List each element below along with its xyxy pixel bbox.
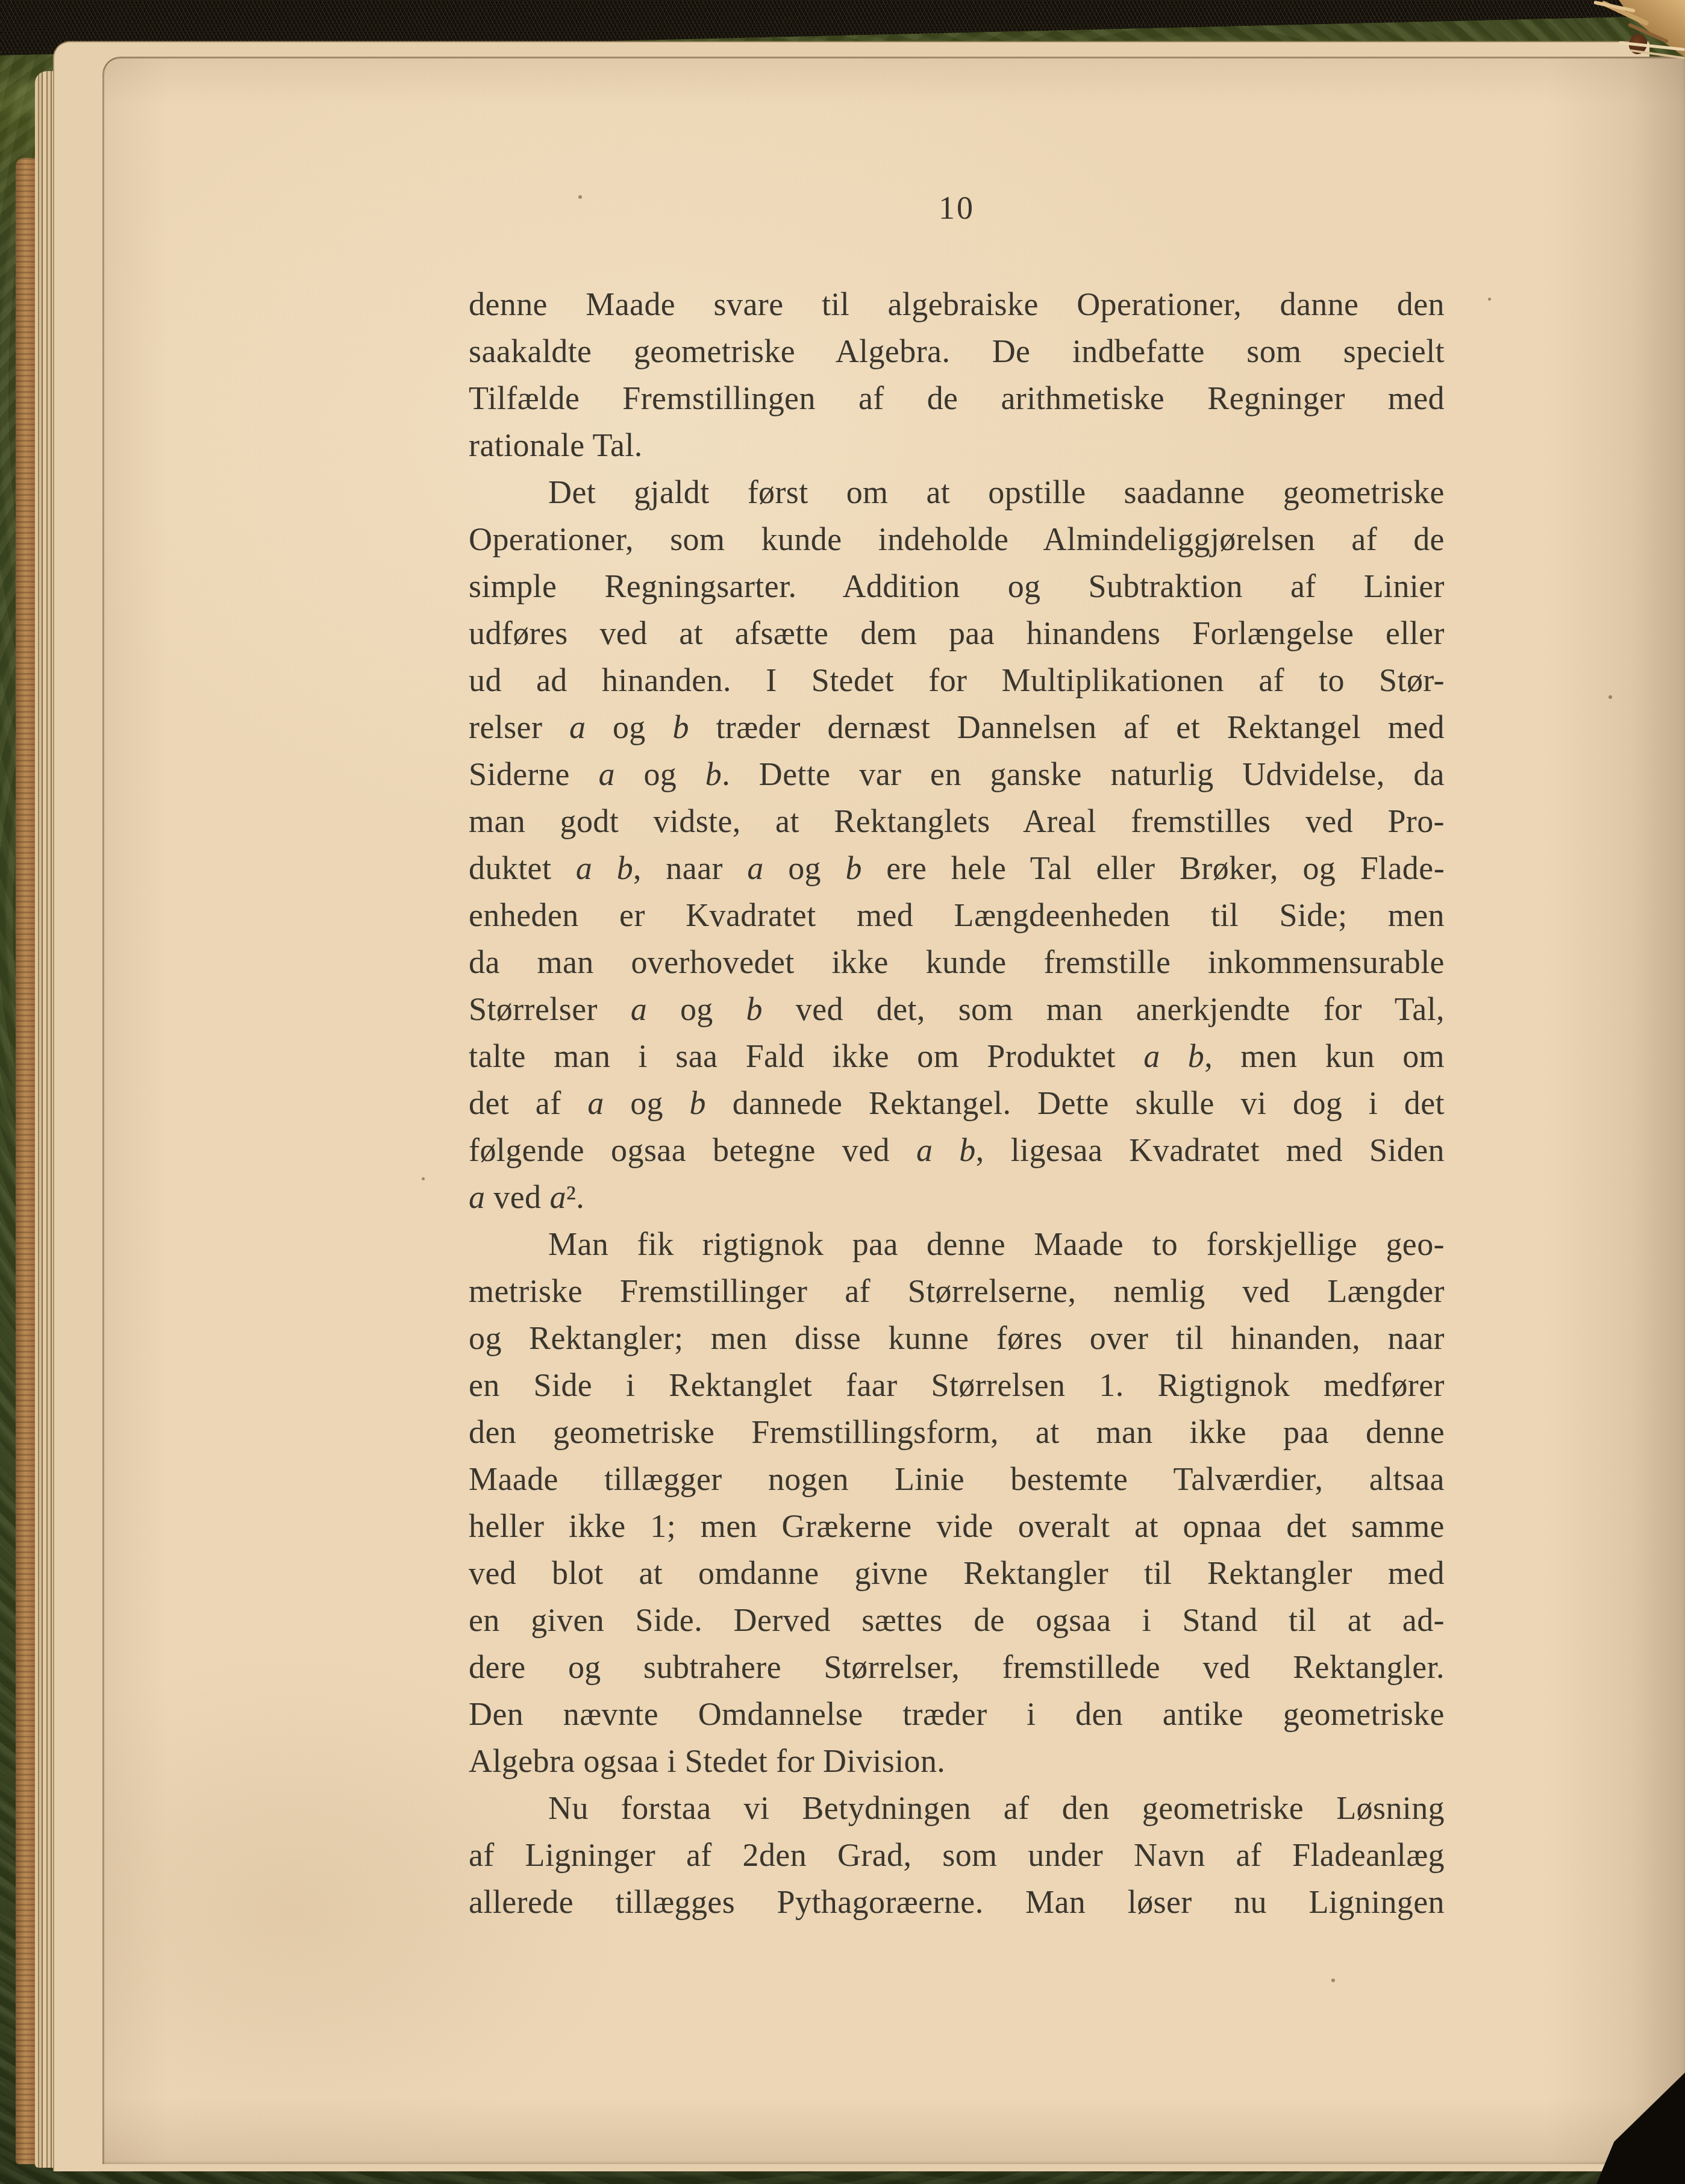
text-line: heller ikke 1; men Grækerne vide overalt…: [469, 1503, 1445, 1550]
text-line: rationale Tal.: [469, 422, 1445, 469]
text-line: allerede tillægges Pythagoræerne. Man lø…: [469, 1879, 1445, 1926]
text-line: talte man i saa Fald ikke om Produktet a…: [469, 1033, 1445, 1080]
text-line: ved blot at omdanne givne Rektangler til…: [469, 1550, 1445, 1597]
text-line: Man fik rigtignok paa denne Maade to for…: [469, 1221, 1445, 1268]
text-line: ud ad hinanden. I Stedet for Multiplikat…: [469, 657, 1445, 704]
text-line: Operationer, som kunde indeholde Alminde…: [469, 516, 1445, 563]
text-line: Den nævnte Omdannelse træder i den antik…: [469, 1691, 1445, 1738]
paragraph: Nu forstaa vi Betydningen af den geometr…: [469, 1785, 1445, 1926]
paragraph: denne Maade svare til algebraiske Operat…: [469, 281, 1445, 469]
page-text: denne Maade svare til algebraiske Operat…: [469, 281, 1445, 1926]
text-line: en given Side. Derved sættes de ogsaa i …: [469, 1597, 1445, 1644]
text-line: saakaldte geometriske Algebra. De indbef…: [469, 328, 1445, 375]
paper-speckle: [422, 1177, 425, 1180]
text-line: Nu forstaa vi Betydningen af den geometr…: [469, 1785, 1445, 1832]
page-number: 10: [469, 184, 1445, 231]
text-line: denne Maade svare til algebraiske Operat…: [469, 281, 1445, 328]
text-line: simple Regningsarter. Addition og Subtra…: [469, 563, 1445, 610]
paper-speckle: [1331, 1979, 1335, 1982]
paper-speckle: [1488, 298, 1491, 301]
text-line: Det gjaldt først om at opstille saadanne…: [469, 469, 1445, 516]
text-line: af Ligninger af 2den Grad, som under Nav…: [469, 1832, 1445, 1879]
text-line: Maade tillægger nogen Linie bestemte Tal…: [469, 1456, 1445, 1503]
text-line: relser a og b træder dernæst Dannelsen a…: [469, 704, 1445, 751]
text-line: duktet a b, naar a og b ere hele Tal ell…: [469, 845, 1445, 892]
text-line: da man overhovedet ikke kunde fremstille…: [469, 939, 1445, 986]
text-line: Algebra ogsaa i Stedet for Division.: [469, 1738, 1445, 1785]
book-page: 10 denne Maade svare til algebraiske Ope…: [102, 57, 1685, 2164]
text-line: dere og subtrahere Størrelser, fremstill…: [469, 1644, 1445, 1691]
page-block-fore-edge: [16, 158, 37, 2164]
paper-speckle: [578, 195, 582, 199]
text-line: enheden er Kvadratet med Længdeenheden t…: [469, 892, 1445, 939]
text-line: a ved a².: [469, 1174, 1445, 1221]
text-line: metriske Fremstillinger af Størrelserne,…: [469, 1268, 1445, 1315]
paragraph: Det gjaldt først om at opstille saadanne…: [469, 469, 1445, 1221]
paper-speckle: [1608, 695, 1612, 699]
text-line: og Rektangler; men disse kunne føres ove…: [469, 1315, 1445, 1362]
paper-speckle: [874, 1816, 876, 1818]
text-line: Størrelser a og b ved det, som man anerk…: [469, 986, 1445, 1033]
text-line: følgende ogsaa betegne ved a b, ligesaa …: [469, 1127, 1445, 1174]
text-line: Tilfælde Fremstillingen af de arithmetis…: [469, 375, 1445, 422]
book-photo: { "book": { "cover_color": "#414b22", "c…: [0, 0, 1685, 2184]
text-line: det af a og b dannede Rektangel. Dette s…: [469, 1080, 1445, 1127]
text-line: udføres ved at afsætte dem paa hinandens…: [469, 610, 1445, 657]
paragraph: Man fik rigtignok paa denne Maade to for…: [469, 1221, 1445, 1785]
text-line: den geometriske Fremstillingsform, at ma…: [469, 1409, 1445, 1456]
text-line: man godt vidste, at Rektanglets Areal fr…: [469, 798, 1445, 845]
stacked-page-edges: [35, 71, 54, 2168]
text-line: Siderne a og b. Dette var en ganske natu…: [469, 751, 1445, 798]
text-line: en Side i Rektanglet faar Størrelsen 1. …: [469, 1362, 1445, 1409]
